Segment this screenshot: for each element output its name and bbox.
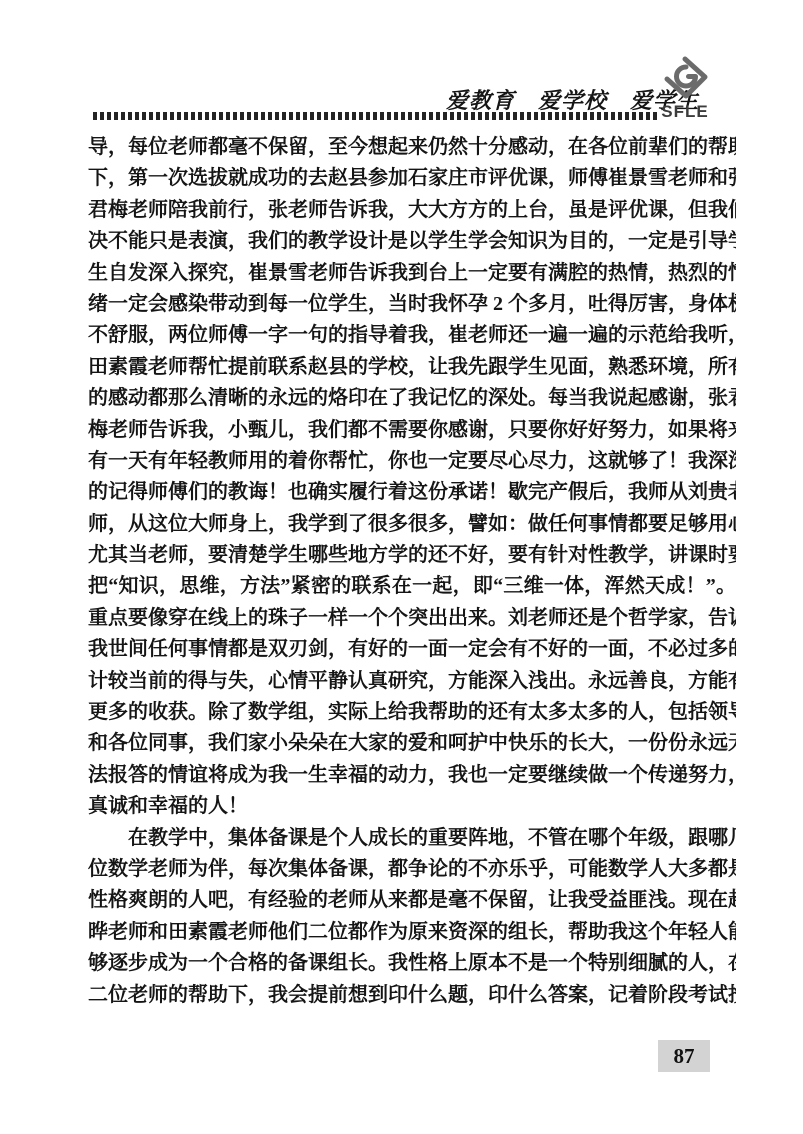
text-line: 和各位同事，我们家小朵朵在大家的爱和呵护中快乐的长大，一份份永远无	[88, 728, 736, 759]
text-line: 真诚和幸福的人！	[88, 791, 736, 822]
text-line: 够逐步成为一个合格的备课组长。我性格上原本不是一个特别细腻的人，在	[88, 948, 736, 979]
logo-text: SFLE	[655, 102, 715, 122]
text-line: 计较当前的得与失，心情平静认真研究，方能深入浅出。永远善良，方能有	[88, 666, 736, 697]
text-line: 有一天有年轻教师用的着你帮忙，你也一定要尽心尽力，这就够了！我深深	[88, 446, 736, 477]
text-line: 决不能只是表演，我们的教学设计是以学生学会知识为目的，一定是引导学	[88, 226, 736, 257]
sfle-leaf-logo-icon	[655, 55, 715, 101]
text-line: 我世间任何事情都是双刃剑，有好的一面一定会有不好的一面，不必过多的	[88, 634, 736, 665]
publisher-logo: SFLE	[655, 55, 715, 122]
text-line: 的记得师傅们的教诲！也确实履行着这份承诺！歇完产假后，我师从刘贵老	[88, 477, 736, 508]
text-line: 下，第一次选拔就成功的去赵县参加石家庄市评优课，师傅崔景雪老师和张	[88, 163, 736, 194]
text-line: 位数学老师为伴，每次集体备课，都争论的不亦乐乎，可能数学人大多都是	[88, 854, 736, 885]
text-line: 不舒服，两位师傅一字一句的指导着我，崔老师还一遍一遍的示范给我听，	[88, 320, 736, 351]
text-line: 的感动都那么清晰的永远的烙印在了我记忆的深处。每当我说起感谢，张君	[88, 383, 736, 414]
text-line: 导，每位老师都毫不保留，至今想起来仍然十分感动，在各位前辈们的帮助	[88, 132, 736, 163]
text-line: 生自发深入探究，崔景雪老师告诉我到台上一定要有满腔的热情，热烈的情	[88, 258, 736, 289]
page-number-badge: 87	[658, 1040, 710, 1072]
text-line: 田素霞老师帮忙提前联系赵县的学校，让我先跟学生见面，熟悉环境，所有	[88, 352, 736, 383]
header-dashed-rule	[93, 112, 657, 120]
text-line: 尤其当老师，要清楚学生哪些地方学的还不好，要有针对性教学，讲课时要	[88, 540, 736, 571]
text-line: 绪一定会感染带动到每一位学生，当时我怀孕 2 个多月，吐得厉害，身体极	[88, 289, 736, 320]
body-text: 导，每位老师都毫不保留，至今想起来仍然十分感动，在各位前辈们的帮助下，第一次选拔…	[88, 132, 736, 1011]
text-line: 重点要像穿在线上的珠子一样一个个突出出来。刘老师还是个哲学家，告诉	[88, 603, 736, 634]
header-slogan: 爱教育 爱学校 爱学生	[446, 84, 656, 115]
paragraph: 在教学中，集体备课是个人成长的重要阵地，不管在哪个年级，跟哪几位数学老师为伴，每…	[88, 823, 736, 1011]
text-line: 晔老师和田素霞老师他们二位都作为原来资深的组长，帮助我这个年轻人能	[88, 917, 736, 948]
text-line: 更多的收获。除了数学组，实际上给我帮助的还有太多太多的人，包括领导	[88, 697, 736, 728]
text-line: 梅老师告诉我，小甄儿，我们都不需要你感谢，只要你好好努力，如果将来	[88, 415, 736, 446]
text-line: 把“知识，思维，方法”紧密的联系在一起，即“三维一体，浑然天成！”。	[88, 571, 736, 602]
paragraph: 导，每位老师都毫不保留，至今想起来仍然十分感动，在各位前辈们的帮助下，第一次选拔…	[88, 132, 736, 823]
text-line: 性格爽朗的人吧，有经验的老师从来都是毫不保留，让我受益匪浅。现在赵	[88, 885, 736, 916]
book-page: 爱教育 爱学校 爱学生 SFLE 导，每位老师都毫不保留，至今想起来仍然十分感动…	[0, 0, 803, 1134]
page-number: 87	[674, 1044, 695, 1069]
text-line: 法报答的情谊将成为我一生幸福的动力，我也一定要继续做一个传递努力，	[88, 760, 736, 791]
text-line: 师，从这位大师身上，我学到了很多很多，譬如：做任何事情都要足够用心，	[88, 509, 736, 540]
text-line: 二位老师的帮助下，我会提前想到印什么题，印什么答案，记着阶段考试按	[88, 980, 736, 1011]
text-line: 君梅老师陪我前行，张老师告诉我，大大方方的上台，虽是评优课，但我们	[88, 195, 736, 226]
text-line: 在教学中，集体备课是个人成长的重要阵地，不管在哪个年级，跟哪几	[88, 823, 736, 854]
